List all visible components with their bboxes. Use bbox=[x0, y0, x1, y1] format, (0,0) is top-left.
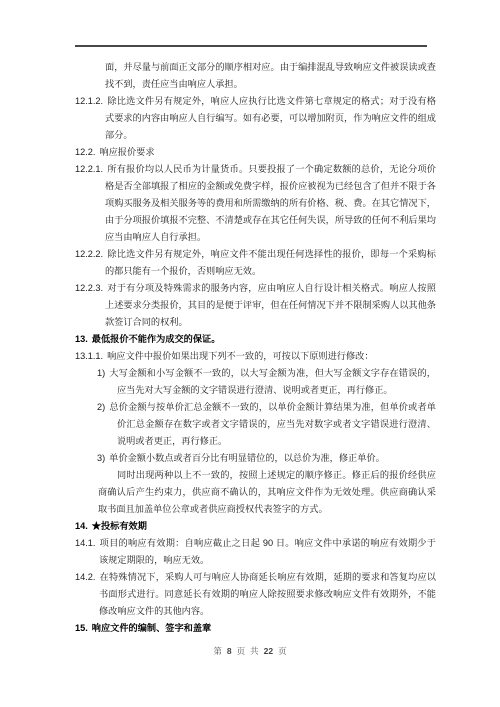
sub-item-number: 1) bbox=[97, 368, 105, 378]
continued-paragraph: 面，并尽量与前面正文部分的顺序相对应。由于编排混乱导致响应文件被误读或查找不到，… bbox=[75, 59, 436, 93]
footer-total-pages: 22 bbox=[264, 646, 273, 656]
clause-text: 所有报价均以人民币为计量货币。只要投报了一个确定数额的总价，无论分项价格是否全部… bbox=[105, 164, 436, 242]
footer-prefix: 第 bbox=[213, 646, 222, 656]
clause-13-heading: 13.最低报价不能作为成交的保证。 bbox=[75, 331, 436, 348]
clause-text: 响应报价要求 bbox=[99, 147, 154, 157]
clause-13-1-1: 13.1.1.响应文件中报价如果出现下列不一致的，可按以下原则进行修改： bbox=[75, 348, 436, 365]
clause-text: 响应文件中报价如果出现下列不一致的，可按以下原则进行修改： bbox=[107, 351, 373, 361]
clause-text: 项目的响应有效期：自响应截止之日起 90 日。响应文件中承诺的响应有效期少于该规… bbox=[99, 538, 436, 565]
sub-item-text: 大写金额和小写金额不一致的，以大写金额为准，但大写金额文字存在错误的，应当先对大… bbox=[109, 368, 436, 395]
clause-14-2: 14.2.在特殊情况下，采购人可与响应人协商延长响应有效期，延期的要求和答复均应… bbox=[75, 569, 436, 620]
clause-number: 12.2.3. bbox=[75, 283, 103, 293]
clause-12-2-3: 12.2.3.对于有分项及特殊需求的服务内容，应由响应人自行设计相关格式。响应人… bbox=[75, 280, 436, 331]
clause-15-heading: 15.响应文件的编制、签字和盖章 bbox=[75, 620, 436, 637]
footer-label-page: 页 bbox=[237, 646, 246, 656]
clause-number: 12.2.2. bbox=[75, 249, 103, 259]
footer-page-number: 8 bbox=[227, 646, 232, 656]
clause-text: 响应文件的编制、签字和盖章 bbox=[92, 623, 211, 633]
page-footer: 第8页共22页 bbox=[0, 645, 500, 657]
clause-number: 12.2.1. bbox=[75, 164, 103, 174]
clause-number: 14.2. bbox=[75, 572, 95, 582]
sub-item-text: 总价金额与按单价汇总金额不一致的，以单价金额计算结果为准，但单价或者单价汇总金额… bbox=[109, 402, 436, 446]
clause-12-2: 12.2.响应报价要求 bbox=[75, 144, 436, 161]
clause-text: ★投标有效期 bbox=[92, 521, 147, 531]
clause-12-2-2: 12.2.2.除比选文件另有规定外，响应文件不能出现任何选择性的报价，即每一个采… bbox=[75, 246, 436, 280]
sub-item-text: 单价金额小数点或者百分比有明显错位的，以总价为准，修正单价。 bbox=[109, 453, 385, 463]
clause-number: 14. bbox=[75, 521, 88, 531]
document-page: 面，并尽量与前面正文部分的顺序相对应。由于编排混乱导致响应文件被误读或查找不到，… bbox=[0, 0, 500, 707]
clause-14-1: 14.1.项目的响应有效期：自响应截止之日起 90 日。响应文件中承诺的响应有效… bbox=[75, 535, 436, 569]
header-divider-rule bbox=[75, 45, 427, 47]
clause-12-2-1: 12.2.1.所有报价均以人民币为计量货币。只要投报了一个确定数额的总价，无论分… bbox=[75, 161, 436, 246]
clause-12-1-2: 12.1.2.除比选文件另有规定外，响应人应执行比选文件第七章规定的格式；对于没… bbox=[75, 93, 436, 144]
sub-item-1: 1)大写金额和小写金额不一致的，以大写金额为准，但大写金额文字存在错误的，应当先… bbox=[75, 365, 436, 399]
paragraph-text: 面，并尽量与前面正文部分的顺序相对应。由于编排混乱导致响应文件被误读或查找不到，… bbox=[105, 62, 436, 89]
clause-number: 13.1.1. bbox=[75, 351, 103, 361]
sub-item-2: 2)总价金额与按单价汇总金额不一致的，以单价金额计算结果为准，但单价或者单价汇总… bbox=[75, 399, 436, 450]
sub-item-number: 2) bbox=[97, 402, 105, 412]
clause-text: 除比选文件另有规定外，响应人应执行比选文件第七章规定的格式；对于没有格式要求的内… bbox=[105, 96, 436, 140]
clause-number: 15. bbox=[75, 623, 88, 633]
clause-text: 除比选文件另有规定外，响应文件不能出现任何选择性的报价，即每一个采购标的都只能有… bbox=[105, 249, 436, 276]
footer-label-of: 共 bbox=[250, 646, 259, 656]
clause-number: 12.1.2. bbox=[75, 96, 103, 106]
clause-number: 12.2. bbox=[75, 147, 95, 157]
sub-item-number: 3) bbox=[97, 453, 105, 463]
document-body: 面，并尽量与前面正文部分的顺序相对应。由于编排混乱导致响应文件被误读或查找不到，… bbox=[75, 59, 436, 637]
clause-number: 13. bbox=[75, 334, 88, 344]
clause-text: 对于有分项及特殊需求的服务内容，应由响应人自行设计相关格式。响应人按照上述要求分… bbox=[105, 283, 436, 327]
sub-item-3: 3)单价金额小数点或者百分比有明显错位的，以总价为准，修正单价。 bbox=[75, 450, 436, 467]
clause-number: 14.1. bbox=[75, 538, 95, 548]
clause-text: 最低报价不能作为成交的保证。 bbox=[92, 334, 221, 344]
unnumbered-paragraph: 同时出现两种以上不一致的，按照上述规定的顺序修正。修正后的报价经供应商确认后产生… bbox=[75, 467, 436, 518]
clause-text: 在特殊情况下，采购人可与响应人协商延长响应有效期，延期的要求和答复均应以书面形式… bbox=[99, 572, 436, 616]
clause-14-heading: 14.★投标有效期 bbox=[75, 518, 436, 535]
footer-suffix: 页 bbox=[278, 646, 287, 656]
paragraph-text: 同时出现两种以上不一致的，按照上述规定的顺序修正。修正后的报价经供应商确认后产生… bbox=[98, 470, 436, 514]
